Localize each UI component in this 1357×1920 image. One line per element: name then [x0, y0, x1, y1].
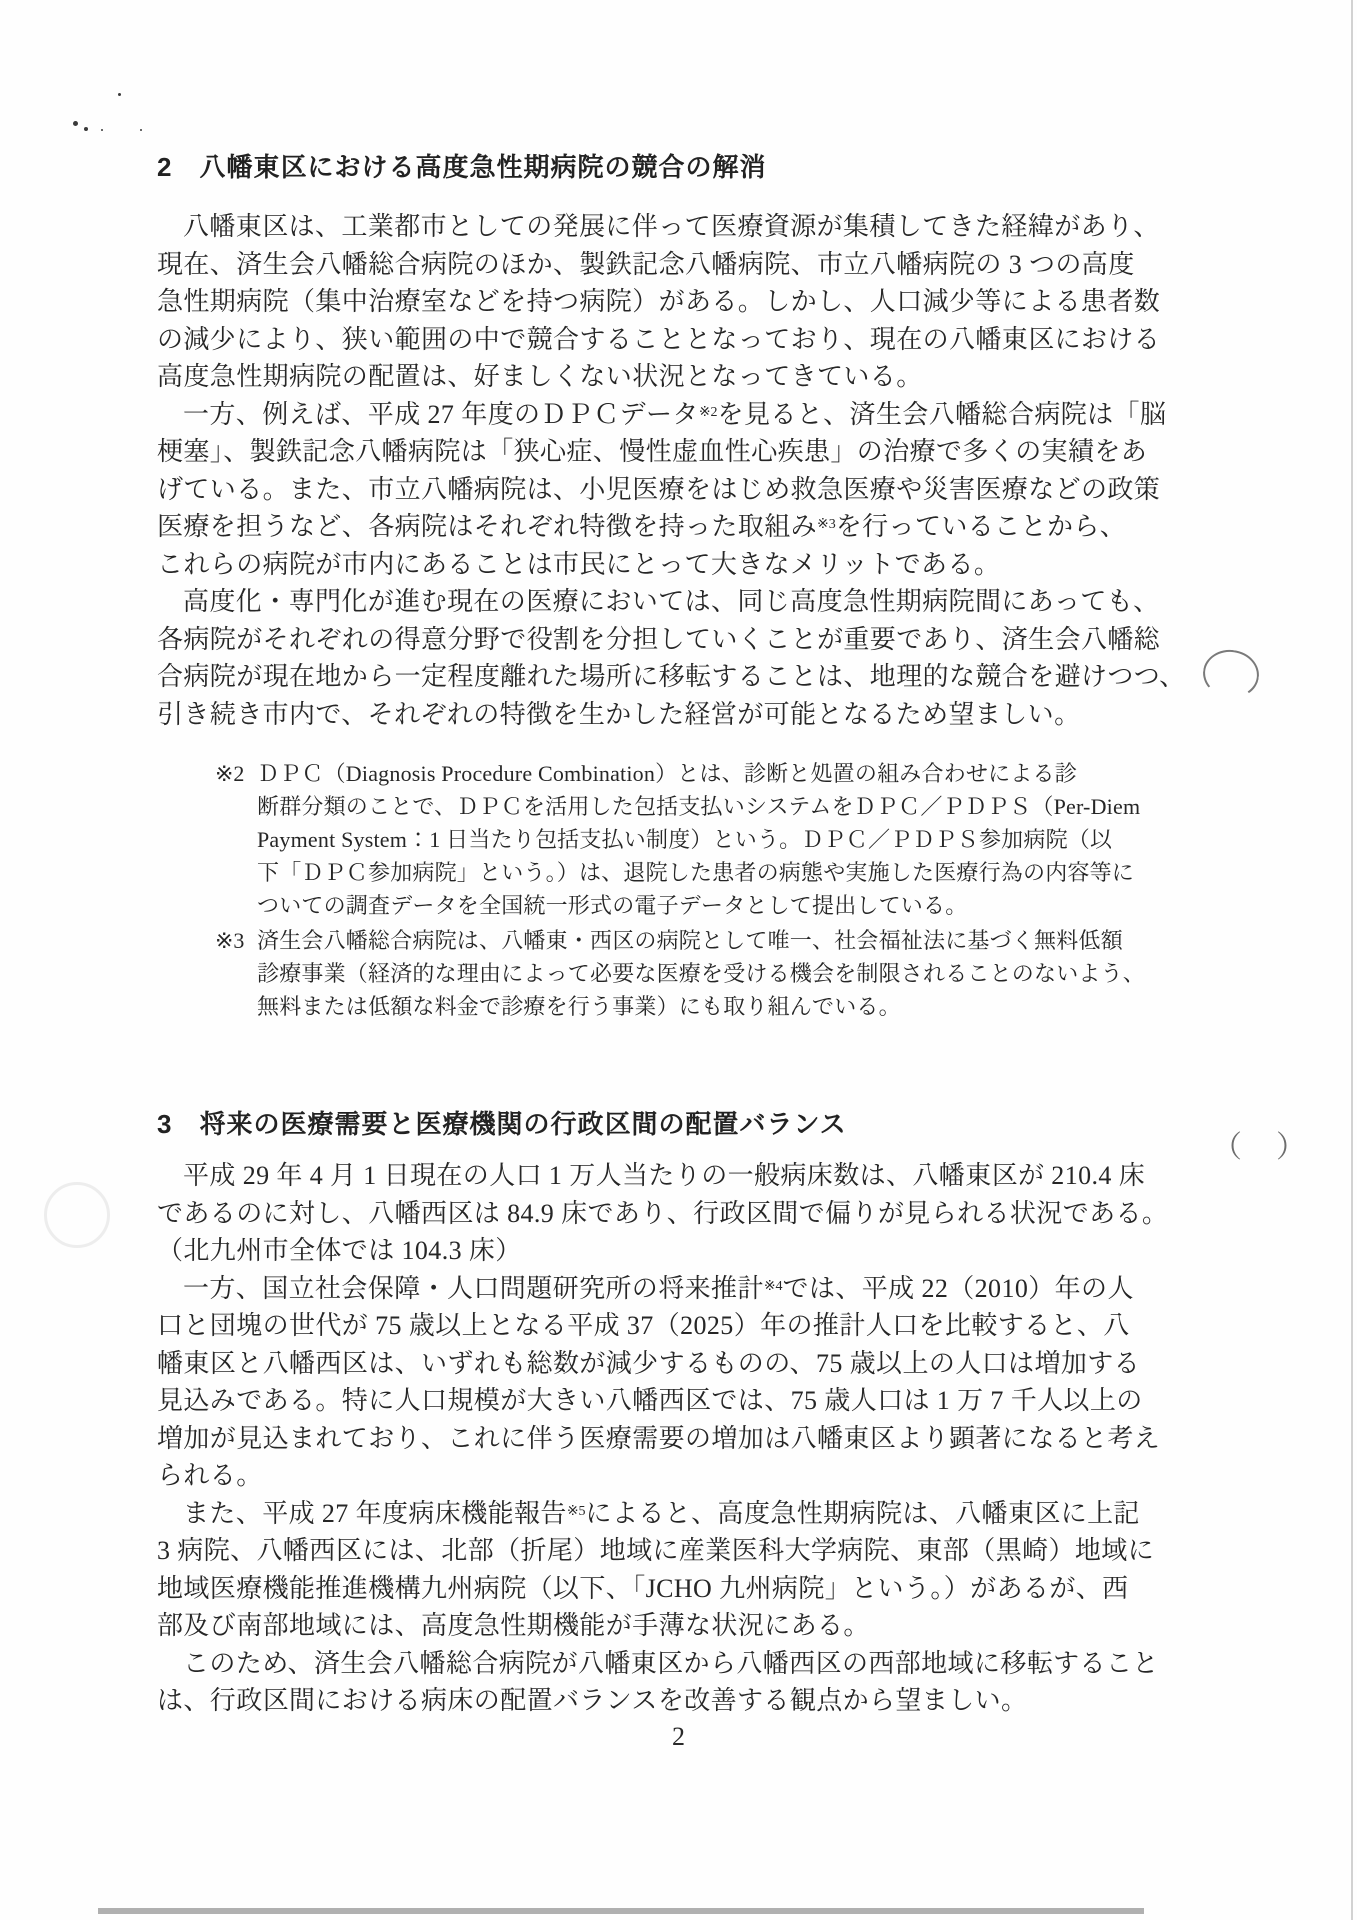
- text-segment: では、平成 22（2010）年の人: [783, 1274, 1134, 1303]
- text-line: 診療事業（経済的な理由によって必要な医療を受ける機会を制限されることのないよう、: [257, 957, 1145, 990]
- text-line: の減少により、狭い範囲の中で競合することとなっており、現在の八幡東区における: [157, 321, 1092, 359]
- text-line: 医療を担うなど、各病院はそれぞれ特徴を持った取組み※3を行っていることから、: [157, 508, 1092, 546]
- footnote-ref-3: ※3: [817, 517, 836, 532]
- text-line: Payment System：1 日当たり包括支払い制度）という。ＤＰＣ／ＰＤＰ…: [257, 823, 1140, 856]
- footnote-ref-5: ※5: [567, 1504, 586, 1519]
- scan-paren-mark: （ ）: [1212, 1122, 1308, 1166]
- footnote-2: ※2 ＤＰＣ（Diagnosis Procedure Combination）と…: [215, 757, 1092, 922]
- text-line: 断群分類のことで、ＤＰＣを活用した包括支払いシステムをＤＰＣ／ＰＤＰＳ（Per-…: [257, 790, 1140, 823]
- text-segment: 医療を担うなど、各病院はそれぞれ特徴を持った取組み: [157, 512, 817, 541]
- text-line: 急性期病院（集中治療室などを持つ病院）がある。しかし、人口減少等による患者数: [157, 283, 1092, 321]
- text-line: 平成 29 年 4 月 1 日現在の人口 1 万人当たりの一般病床数は、八幡東区…: [157, 1157, 1092, 1195]
- text-line: 口と団塊の世代が 75 歳以上となる平成 37（2025）年の推計人口を比較する…: [157, 1307, 1092, 1345]
- text-line: 引き続き市内で、それぞれの特徴を生かした経営が可能となるため望ましい。: [157, 696, 1092, 734]
- text-line: 一方、国立社会保障・人口問題研究所の将来推計※4では、平成 22（2010）年の…: [157, 1270, 1092, 1308]
- punch-hole-ghost: [44, 1182, 110, 1248]
- text-line: げている。また、市立八幡病院は、小児医療をはじめ救急医療や災害医療などの政策: [157, 471, 1092, 509]
- text-line: また、平成 27 年度病床機能報告※5によると、高度急性期病院は、八幡東区に上記: [157, 1495, 1092, 1533]
- text-line: 各病院がそれぞれの得意分野で役割を分担していくことが重要であり、済生会八幡総: [157, 621, 1092, 659]
- text-line: これらの病院が市内にあることは市民にとって大きなメリットである。: [157, 546, 1092, 584]
- scan-speck: [118, 93, 121, 96]
- text-line: 一方、例えば、平成 27 年度のＤＰＣデータ※2を見ると、済生会八幡総合病院は「…: [157, 396, 1092, 434]
- section-3-paragraph-2: 一方、国立社会保障・人口問題研究所の将来推計※4では、平成 22（2010）年の…: [157, 1270, 1092, 1495]
- section-3-heading: 3 将来の医療需要と医療機関の行政区間の配置バランス: [157, 1107, 1092, 1141]
- text-line: 増加が見込まれており、これに伴う医療需要の増加は八幡東区より顕著になると考え: [157, 1420, 1092, 1458]
- section-2-paragraph-1: 八幡東区は、工業都市としての発展に伴って医療資源が集積してきた経緯があり、 現在…: [157, 208, 1092, 396]
- text-line: 済生会八幡総合病院は、八幡東・西区の病院として唯一、社会福祉法に基づく無料低額: [257, 924, 1145, 957]
- text-line: られる。: [157, 1457, 1092, 1495]
- scanned-document-page: 2 八幡東区における高度急性期病院の競合の解消 八幡東区は、工業都市としての発展…: [0, 0, 1357, 1920]
- text-line: 高度化・専門化が進む現在の医療においては、同じ高度急性期病院間にあっても、: [157, 583, 1092, 621]
- footnote-2-label: ※2: [215, 757, 257, 922]
- text-line: であるのに対し、八幡西区は 84.9 床であり、行政区間で偏りが見られる状況であ…: [157, 1195, 1092, 1233]
- footnote-2-text: ＤＰＣ（Diagnosis Procedure Combination）とは、診…: [257, 757, 1140, 922]
- text-line: このため、済生会八幡総合病院が八幡東区から八幡西区の西部地域に移転すること: [157, 1645, 1092, 1683]
- text-segment: 一方、例えば、平成 27 年度のＤＰＣデータ: [183, 400, 699, 429]
- text-line: 八幡東区は、工業都市としての発展に伴って医療資源が集積してきた経緯があり、: [157, 208, 1092, 246]
- scan-speck: [73, 121, 78, 126]
- scan-circle-mark: [1200, 646, 1262, 701]
- text-line: 見込みである。特に人口規模が大きい八幡西区では、75 歳人口は 1 万 7 千人…: [157, 1382, 1092, 1420]
- scanner-edge-line: [1351, 0, 1353, 1920]
- text-line: 梗塞」、製鉄記念八幡病院は「狭心症、慢性虚血性心疾患」の治療で多くの実績をあ: [157, 433, 1092, 471]
- text-line: は、行政区間における病床の配置バランスを改善する観点から望ましい。: [157, 1682, 1092, 1720]
- page-content: 2 八幡東区における高度急性期病院の競合の解消 八幡東区は、工業都市としての発展…: [157, 150, 1092, 1720]
- footnote-ref-2: ※2: [699, 405, 718, 420]
- text-line: ＤＰＣ（Diagnosis Procedure Combination）とは、診…: [257, 757, 1140, 790]
- text-line: ついての調査データを全国統一形式の電子データとして提出している。: [257, 889, 1140, 922]
- scan-speck: [140, 129, 142, 131]
- footnotes: ※2 ＤＰＣ（Diagnosis Procedure Combination）と…: [215, 757, 1092, 1023]
- footnote-3-label: ※3: [215, 924, 257, 1023]
- footnote-ref-4: ※4: [764, 1279, 783, 1294]
- footnote-3: ※3 済生会八幡総合病院は、八幡東・西区の病院として唯一、社会福祉法に基づく無料…: [215, 924, 1092, 1023]
- text-line: 合病院が現在地から一定程度離れた場所に移転することは、地理的な競合を避けつつ、: [157, 658, 1092, 696]
- text-line: 下「ＤＰＣ参加病院」という。）は、退院した患者の病態や実施した医療行為の内容等に: [257, 856, 1140, 889]
- text-line: 高度急性期病院の配置は、好ましくない状況となってきている。: [157, 358, 1092, 396]
- text-line: 現在、済生会八幡総合病院のほか、製鉄記念八幡病院、市立八幡病院の 3 つの高度: [157, 246, 1092, 284]
- footnote-3-text: 済生会八幡総合病院は、八幡東・西区の病院として唯一、社会福祉法に基づく無料低額 …: [257, 924, 1145, 1023]
- text-line: 地域医療機能推進機構九州病院（以下、「JCHO 九州病院」という。）があるが、西: [157, 1570, 1092, 1608]
- text-segment: 一方、国立社会保障・人口問題研究所の将来推計: [183, 1274, 764, 1303]
- section-2-heading: 2 八幡東区における高度急性期病院の競合の解消: [157, 150, 1092, 184]
- text-line: （北九州市全体では 104.3 床）: [157, 1232, 1092, 1270]
- section-3-paragraph-1: 平成 29 年 4 月 1 日現在の人口 1 万人当たりの一般病床数は、八幡東区…: [157, 1157, 1092, 1270]
- page-number: 2: [0, 1722, 1357, 1752]
- text-segment: を見ると、済生会八幡総合病院は「脳: [718, 400, 1167, 429]
- scan-speck: [101, 129, 103, 131]
- text-segment: を行っていることから、: [836, 512, 1126, 541]
- section-3-paragraph-3: また、平成 27 年度病床機能報告※5によると、高度急性期病院は、八幡東区に上記…: [157, 1495, 1092, 1645]
- scan-speck: [84, 127, 88, 131]
- text-segment: また、平成 27 年度病床機能報告: [183, 1499, 567, 1528]
- section-3-paragraph-4: このため、済生会八幡総合病院が八幡東区から八幡西区の西部地域に移転すること は、…: [157, 1645, 1092, 1720]
- text-line: 幡東区と八幡西区は、いずれも総数が減少するものの、75 歳以上の人口は増加する: [157, 1345, 1092, 1383]
- section-2-paragraph-2: 一方、例えば、平成 27 年度のＤＰＣデータ※2を見ると、済生会八幡総合病院は「…: [157, 396, 1092, 584]
- text-line: 無料または低額な料金で診療を行う事業）にも取り組んでいる。: [257, 990, 1145, 1023]
- text-line: 3 病院、八幡西区には、北部（折尾）地域に産業医科大学病院、東部（黒崎）地域に: [157, 1532, 1092, 1570]
- text-segment: によると、高度急性期病院は、八幡東区に上記: [586, 1499, 1140, 1528]
- scanner-bottom-band: [98, 1908, 1144, 1914]
- section-2-paragraph-3: 高度化・専門化が進む現在の医療においては、同じ高度急性期病院間にあっても、 各病…: [157, 583, 1092, 733]
- text-line: 部及び南部地域には、高度急性期機能が手薄な状況にある。: [157, 1607, 1092, 1645]
